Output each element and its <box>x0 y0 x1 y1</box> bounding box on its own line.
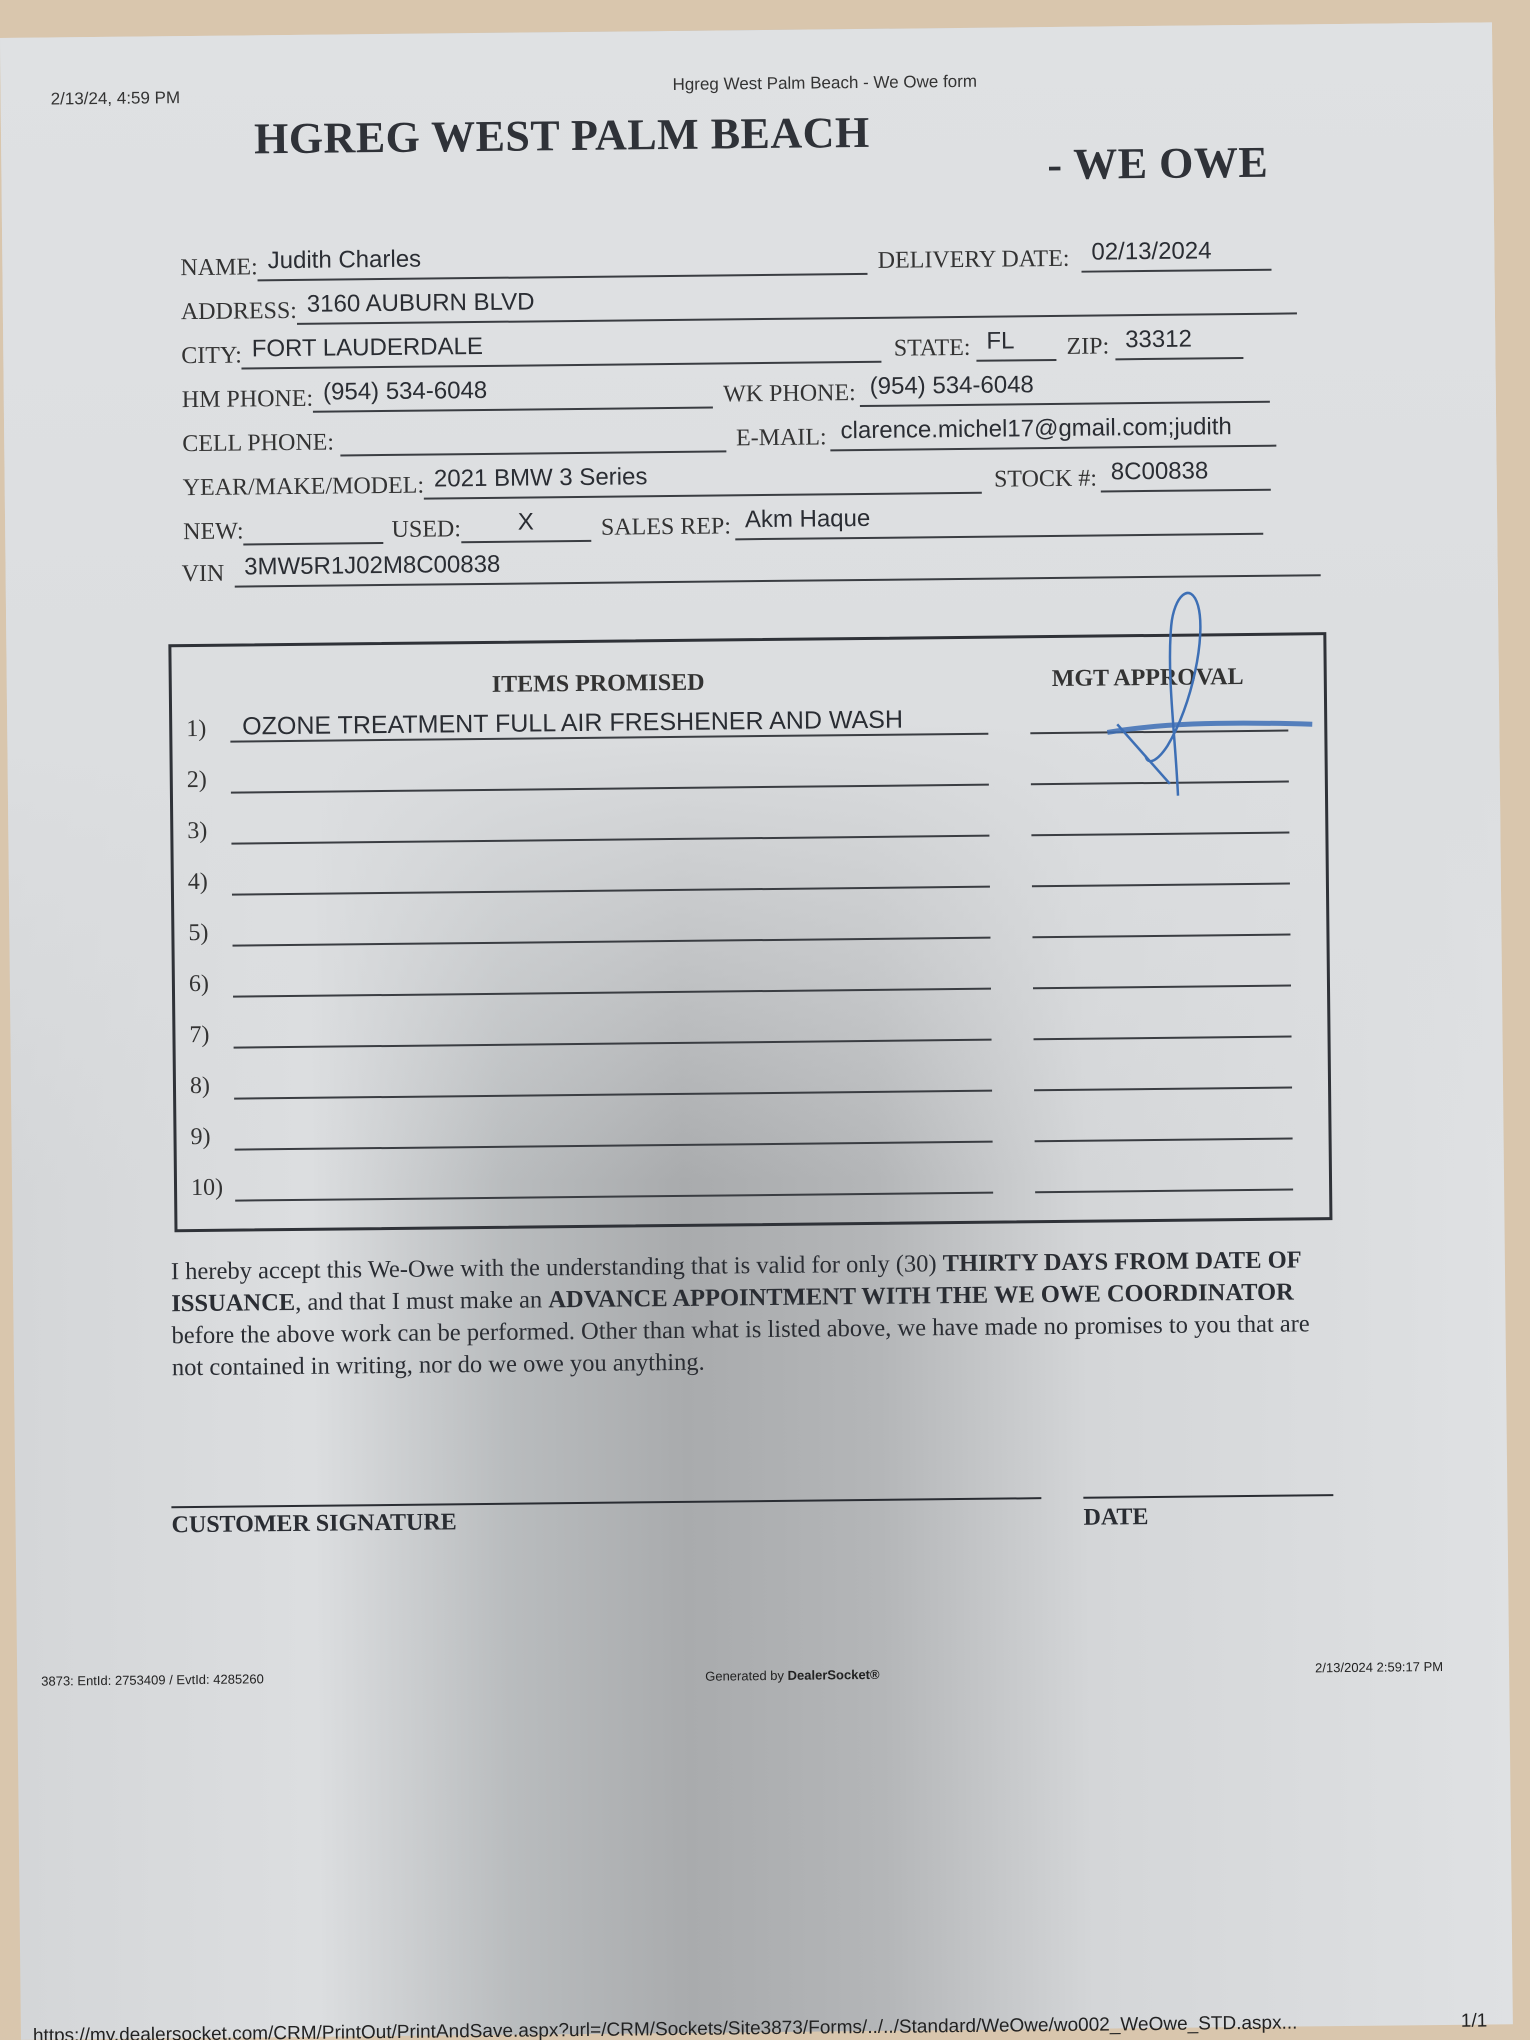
approval-field[interactable] <box>1035 1159 1293 1194</box>
cell-phone-label: CELL PHONE: <box>182 430 334 459</box>
item-number: 9) <box>190 1124 234 1151</box>
item-row: 9) <box>190 1107 1310 1151</box>
state-label: STATE: <box>894 335 971 363</box>
print-page-title: Hgreg West Palm Beach - We Owe form <box>672 72 977 95</box>
zip-field[interactable]: 33312 <box>1115 325 1243 360</box>
customer-signature-line[interactable] <box>171 1497 1041 1508</box>
form-title: HGREG WEST PALM BEACH <box>254 107 870 164</box>
footer-generated-time: 2/13/2024 2:59:17 PM <box>1315 1659 1443 1675</box>
item-number: 3) <box>187 818 231 845</box>
city-field[interactable]: FORT LAUDERDALE <box>242 329 882 370</box>
paper-sheet: 2/13/24, 4:59 PM Hgreg West Palm Beach -… <box>0 22 1513 2040</box>
stock-field[interactable]: 8C00838 <box>1101 457 1271 493</box>
new-field[interactable] <box>243 510 383 545</box>
customer-signature-label: CUSTOMER SIGNATURE <box>171 1509 456 1539</box>
used-label: USED: <box>391 516 461 544</box>
approval-field[interactable] <box>1032 904 1290 939</box>
vin-label: VIN <box>181 561 224 588</box>
item-number: 7) <box>189 1022 233 1049</box>
item-number: 5) <box>188 920 232 947</box>
item-row: 4) <box>188 852 1308 896</box>
print-url: https://my.dealersocket.com/CRM/PrintOut… <box>33 2013 1298 2040</box>
footer-ids: 3873: EntId: 2753409 / EvtId: 4285260 <box>41 1671 264 1688</box>
wk-phone-label: WK PHONE: <box>723 380 856 408</box>
item-text-field[interactable] <box>232 909 990 947</box>
zip-label: ZIP: <box>1066 333 1109 360</box>
item-text-field[interactable] <box>235 1164 993 1202</box>
approval-field[interactable] <box>1034 1108 1292 1143</box>
new-label: NEW: <box>183 518 244 546</box>
email-field[interactable]: clarence.michel17@gmail.com;judith <box>830 413 1276 452</box>
item-text-field[interactable] <box>232 858 990 896</box>
item-text-field[interactable] <box>233 1011 991 1049</box>
item-text-field[interactable] <box>233 960 991 998</box>
item-row: 5) <box>188 903 1308 947</box>
item-row: 6) <box>189 954 1309 998</box>
address-label: ADDRESS: <box>181 298 297 326</box>
wk-phone-field[interactable]: (954) 534-6048 <box>860 369 1270 407</box>
sales-rep-label: SALES REP: <box>601 513 731 541</box>
item-number: 1) <box>186 716 230 743</box>
terms-paragraph: I hereby accept this We-Owe with the und… <box>171 1244 1332 1384</box>
name-field[interactable]: Judith Charles <box>258 241 868 281</box>
stock-label: STOCK #: <box>994 466 1097 494</box>
form-title-suffix: - WE OWE <box>1047 137 1268 190</box>
item-text-field[interactable] <box>234 1113 992 1151</box>
delivery-date-label: DELIVERY DATE: <box>878 246 1070 275</box>
name-label: NAME: <box>180 254 258 282</box>
date-label: DATE <box>1083 1504 1148 1532</box>
approval-field[interactable] <box>1031 802 1289 837</box>
item-number: 8) <box>190 1073 234 1100</box>
item-number: 6) <box>189 971 233 998</box>
item-number: 2) <box>187 767 231 794</box>
approval-field[interactable] <box>1032 853 1290 888</box>
cell-phone-field[interactable] <box>340 418 726 456</box>
item-row: 3) <box>187 801 1307 845</box>
item-text-field[interactable] <box>231 807 989 845</box>
print-page-number: 1/1 <box>1461 2011 1488 2033</box>
manager-signature <box>1096 584 1328 806</box>
approval-field[interactable] <box>1033 955 1291 990</box>
item-text-field[interactable] <box>231 756 989 794</box>
delivery-date-field[interactable]: 02/13/2024 <box>1081 237 1271 273</box>
approval-field[interactable] <box>1034 1057 1292 1092</box>
item-row: 8) <box>190 1056 1310 1100</box>
city-label: CITY: <box>181 342 242 370</box>
item-text-field[interactable] <box>234 1062 992 1100</box>
year-make-model-field[interactable]: 2021 BMW 3 Series <box>424 460 982 500</box>
print-timestamp: 2/13/24, 4:59 PM <box>51 88 181 109</box>
item-number: 4) <box>188 869 232 896</box>
state-field[interactable]: FL <box>976 327 1056 362</box>
used-field[interactable]: X <box>461 508 591 543</box>
items-promised-header: ITEMS PROMISED <box>492 670 705 699</box>
year-make-model-label: YEAR/MAKE/MODEL: <box>183 473 425 503</box>
sales-rep-field[interactable]: Akm Haque <box>735 501 1263 541</box>
email-label: E-MAIL: <box>736 424 827 452</box>
footer-generated: Generated by DealerSocket® <box>705 1667 880 1684</box>
hm-phone-field[interactable]: (954) 534-6048 <box>313 375 713 413</box>
item-number: 10) <box>191 1175 235 1202</box>
hm-phone-label: HM PHONE: <box>182 386 314 414</box>
item-row: 7) <box>189 1005 1309 1049</box>
date-line[interactable] <box>1083 1494 1333 1499</box>
approval-field[interactable] <box>1033 1006 1291 1041</box>
item-text-field[interactable]: OZONE TREATMENT FULL AIR FRESHENER AND W… <box>230 705 988 743</box>
item-row: 10) <box>191 1158 1311 1202</box>
